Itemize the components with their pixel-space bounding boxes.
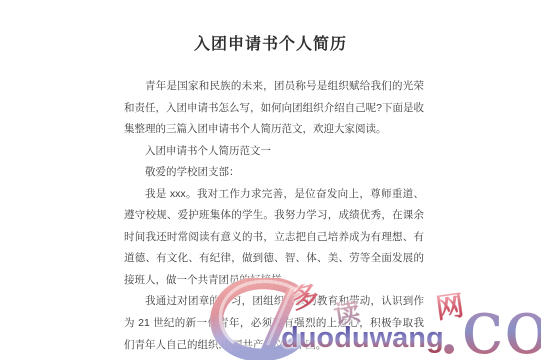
watermark-char-wang: 网 (434, 292, 466, 324)
document-body: 青年是国家和民族的未来，团员称号是组织赋给我们的光荣和责任，入团申请书怎么写，如… (124, 76, 424, 356)
paragraph-salutation: 敬爱的学校团支部： (124, 162, 424, 184)
watermark-domain-tld: .com (437, 289, 541, 360)
paragraph-sample-heading: 入团申请书个人简历范文一 (124, 141, 424, 163)
paragraph-league-study: 我通过对团章的学习，团组织对我的教育和带动，认识到作为 21 世纪的新一代青年，… (124, 291, 424, 356)
document-page: 入团申请书个人简历 青年是国家和民族的未来，团员称号是组织赋给我们的光荣和责任，… (0, 0, 541, 360)
paragraph-self-intro: 我是 xxx。我对工作力求完善，是位奋发向上，尊师重道、遵守校规、爱护班集体的学… (124, 184, 424, 292)
document-title: 入团申请书个人简历 (0, 31, 541, 54)
paragraph-intro: 青年是国家和民族的未来，团员称号是组织赋给我们的光荣和责任，入团申请书怎么写，如… (124, 76, 424, 141)
